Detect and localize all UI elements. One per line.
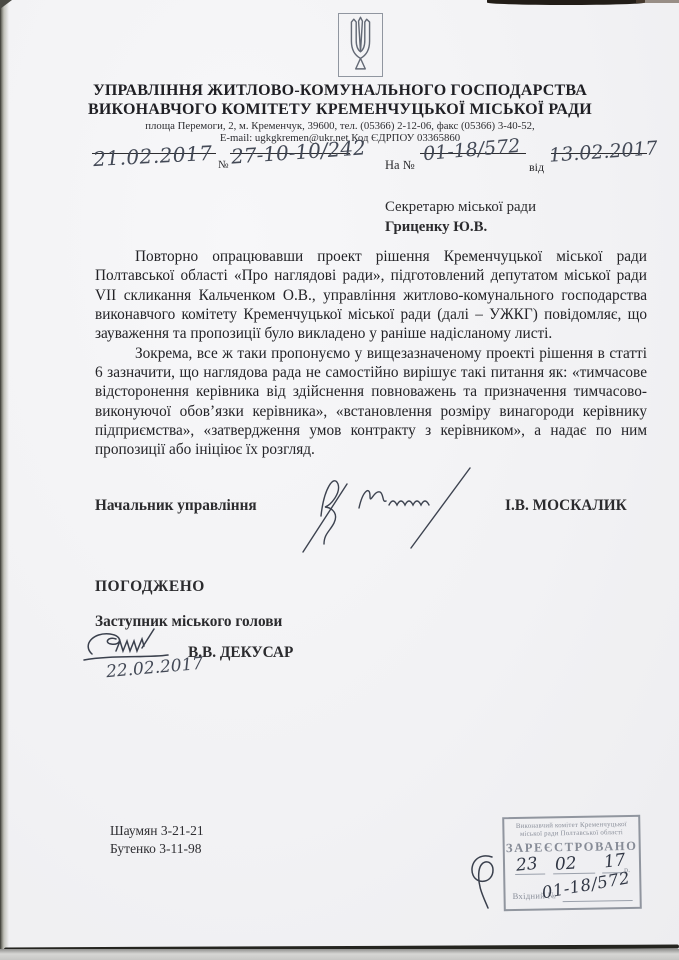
org-address: площа Перемоги, 2, м. Кременчук, 39600, … — [40, 120, 640, 132]
scanned-letter-page: УПРАВЛІННЯ ЖИТЛОВО-КОМУНАЛЬНОГО ГОСПОДАР… — [0, 0, 679, 960]
recipient-name: Гриценку Ю.В. — [385, 217, 536, 237]
recipient-position: Секретарю міської ради — [385, 197, 536, 217]
stamp-handwritten-month: 02 — [554, 853, 577, 874]
deputy-name: В.В. ДЕКУСАР — [188, 644, 293, 662]
scan-top-streak — [487, 0, 645, 5]
letter-body: Повторно опрацювавши проект рішення Крем… — [95, 247, 647, 460]
org-name-line1: УПРАВЛІННЯ ЖИТЛОВО-КОМУНАЛЬНОГО ГОСПОДАР… — [40, 82, 640, 100]
signature-moskalyk — [293, 452, 478, 557]
from-date-label: від — [529, 160, 544, 175]
executor-contacts: Шаумян 3-21-21 Бутенко 3-11-98 — [110, 822, 204, 857]
registration-stamp: Виконавчий комітет Кременчуцької міської… — [502, 815, 642, 911]
org-name-line2: ВИКОНАВЧОГО КОМІТЕТУ КРЕМЕНЧУЦЬКОЇ МІСЬК… — [40, 101, 640, 119]
scan-top-right-streak — [636, 0, 679, 3]
signer-name: І.В. МОСКАЛИК — [505, 497, 627, 515]
handwritten-paraph — [463, 850, 505, 912]
body-paragraph-1: Повторно опрацювавши проект рішення Крем… — [95, 247, 647, 344]
scan-bottom-strip — [0, 949, 679, 960]
recipient-block: Секретарю міської ради Гриценку Ю.В. — [385, 197, 536, 237]
stamp-number-blank — [563, 900, 633, 902]
reply-to-label: На № — [385, 158, 415, 173]
stamp-org-line2: міської ради Полтавської області — [504, 829, 638, 838]
signer-title: Начальник управління — [95, 497, 257, 515]
number-sign-label: № — [218, 159, 229, 171]
body-paragraph-2: Зокрема, все ж таки пропонуємо у вищезаз… — [95, 344, 647, 460]
handwritten-letter-date: 21.02.2017 — [92, 141, 213, 171]
ukraine-trident-icon — [338, 13, 383, 77]
stamp-handwritten-day: 23 — [515, 854, 538, 876]
contact-line-2: Бутенко 3-11-98 — [110, 840, 204, 858]
scan-left-edge — [0, 0, 9, 960]
contact-line-1: Шаумян 3-21-21 — [110, 822, 204, 840]
approved-heading: ПОГОДЖЕНО — [95, 578, 205, 596]
